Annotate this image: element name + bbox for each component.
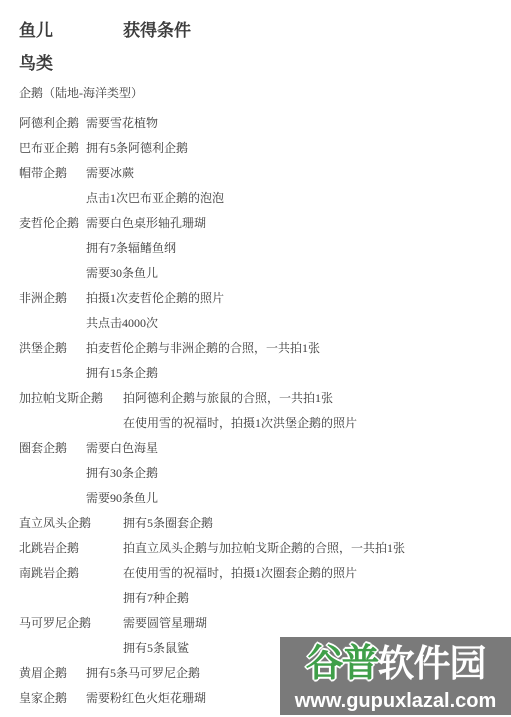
condition-text: 需要90条鱼儿 (86, 486, 158, 511)
table-row: 马可罗尼企鹅需要圆管星珊瑚 (0, 611, 511, 636)
condition-text: 需要雪花植物 (86, 111, 158, 136)
table-row: 阿德利企鹅需要雪花植物 (0, 111, 511, 136)
penguin-name: 加拉帕戈斯企鹅 (19, 386, 103, 411)
table-row: 圈套企鹅需要白色海星 (0, 436, 511, 461)
condition-text: 点击1次巴布亚企鹅的泡泡 (86, 186, 224, 211)
penguin-name: 麦哲伦企鹅 (19, 211, 79, 236)
subsection-penguin-type: 企鹅（陆地-海洋类型） (19, 86, 143, 101)
column-header-fish: 鱼儿 (19, 22, 53, 40)
table-row: 需要90条鱼儿 (0, 486, 511, 511)
watermark-brand-green: 谷普 (305, 643, 377, 685)
table-row: 洪堡企鹅拍麦哲伦企鹅与非洲企鹅的合照，一共拍1张 (0, 336, 511, 361)
table-row: 麦哲伦企鹅需要白色桌形轴孔珊瑚 (0, 211, 511, 236)
condition-table: 阿德利企鹅需要雪花植物巴布亚企鹅拥有5条阿德利企鹅帽带企鹅需要冰蕨点击1次巴布亚… (0, 111, 511, 711)
condition-text: 在使用雪的祝福时，拍摄1次圈套企鹅的照片 (123, 561, 357, 586)
penguin-name: 马可罗尼企鹅 (19, 611, 91, 636)
penguin-name: 洪堡企鹅 (19, 336, 67, 361)
penguin-name: 黄眉企鹅 (19, 661, 67, 686)
penguin-name: 北跳岩企鹅 (19, 536, 79, 561)
table-row: 共点击4000次 (0, 311, 511, 336)
condition-text: 需要圆管星珊瑚 (123, 611, 207, 636)
penguin-name: 非洲企鹅 (19, 286, 67, 311)
table-row: 拥有7条辐鳍鱼纲 (0, 236, 511, 261)
watermark-url: www.gupuxlazal.com (280, 690, 511, 712)
page: 鱼儿 获得条件 鸟类 企鹅（陆地-海洋类型） 阿德利企鹅需要雪花植物巴布亚企鹅拥… (0, 0, 511, 717)
condition-text: 拥有5条圈套企鹅 (123, 511, 213, 536)
condition-text: 拥有5条阿德利企鹅 (86, 136, 188, 161)
condition-text: 共点击4000次 (86, 311, 158, 336)
table-row: 需要30条鱼儿 (0, 261, 511, 286)
condition-text: 在使用雪的祝福时，拍摄1次洪堡企鹅的照片 (123, 411, 357, 436)
penguin-name: 直立凤头企鹅 (19, 511, 91, 536)
condition-text: 拥有30条企鹅 (86, 461, 158, 486)
condition-text: 拍阿德利企鹅与旅鼠的合照，一共拍1张 (123, 386, 333, 411)
table-row: 在使用雪的祝福时，拍摄1次洪堡企鹅的照片 (0, 411, 511, 436)
table-row: 巴布亚企鹅拥有5条阿德利企鹅 (0, 136, 511, 161)
watermark-brand-white: 软件园 (378, 643, 486, 684)
penguin-name: 南跳岩企鹅 (19, 561, 79, 586)
condition-text: 拥有5条马可罗尼企鹅 (86, 661, 200, 686)
watermark: 谷普软件园 www.gupuxlazal.com (280, 637, 511, 715)
penguin-name: 帽带企鹅 (19, 161, 67, 186)
column-header-condition: 获得条件 (123, 22, 191, 40)
penguin-name: 巴布亚企鹅 (19, 136, 79, 161)
table-row: 北跳岩企鹅拍直立凤头企鹅与加拉帕戈斯企鹅的合照，一共拍1张 (0, 536, 511, 561)
table-row: 非洲企鹅拍摄1次麦哲伦企鹅的照片 (0, 286, 511, 311)
penguin-name: 圈套企鹅 (19, 436, 67, 461)
table-row: 直立凤头企鹅拥有5条圈套企鹅 (0, 511, 511, 536)
section-title-birds: 鸟类 (19, 55, 53, 73)
condition-text: 拥有7种企鹅 (123, 586, 189, 611)
condition-text: 需要30条鱼儿 (86, 261, 158, 286)
watermark-brand: 谷普软件园 (280, 642, 511, 686)
table-row: 拥有7种企鹅 (0, 586, 511, 611)
condition-text: 拍麦哲伦企鹅与非洲企鹅的合照，一共拍1张 (86, 336, 320, 361)
condition-text: 需要冰蕨 (86, 161, 134, 186)
condition-text: 拍直立凤头企鹅与加拉帕戈斯企鹅的合照，一共拍1张 (123, 536, 405, 561)
table-row: 南跳岩企鹅在使用雪的祝福时，拍摄1次圈套企鹅的照片 (0, 561, 511, 586)
table-row: 拥有30条企鹅 (0, 461, 511, 486)
condition-text: 拥有5条鼠鲨 (123, 636, 189, 661)
penguin-name: 皇家企鹅 (19, 686, 67, 711)
condition-text: 需要白色桌形轴孔珊瑚 (86, 211, 206, 236)
condition-text: 需要粉红色火炬花珊瑚 (86, 686, 206, 711)
table-row: 加拉帕戈斯企鹅拍阿德利企鹅与旅鼠的合照，一共拍1张 (0, 386, 511, 411)
condition-text: 需要白色海星 (86, 436, 158, 461)
table-row: 点击1次巴布亚企鹅的泡泡 (0, 186, 511, 211)
title-row: 鱼儿 获得条件 (0, 22, 511, 40)
penguin-name: 阿德利企鹅 (19, 111, 79, 136)
condition-text: 拥有15条企鹅 (86, 361, 158, 386)
condition-text: 拍摄1次麦哲伦企鹅的照片 (86, 286, 224, 311)
table-row: 拥有15条企鹅 (0, 361, 511, 386)
table-row: 帽带企鹅需要冰蕨 (0, 161, 511, 186)
condition-text: 拥有7条辐鳍鱼纲 (86, 236, 176, 261)
